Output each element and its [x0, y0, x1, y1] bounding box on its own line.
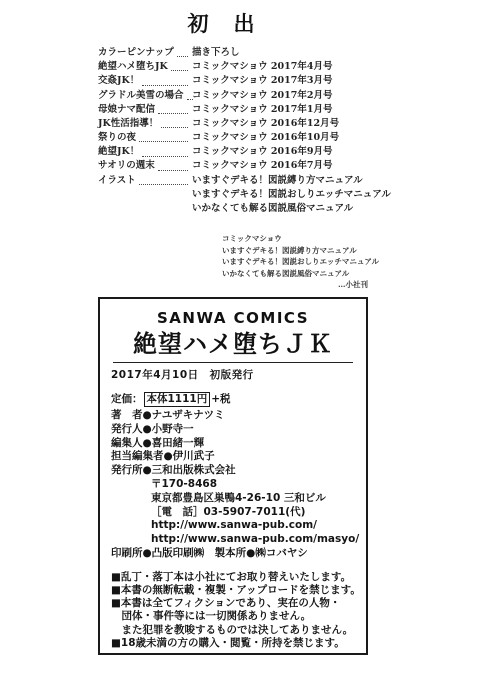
chapter-title: カラーピンナップ — [98, 46, 174, 60]
postal-code: 〒170-8468 — [111, 478, 355, 492]
publication-source: コミックマショウ 2016年10月号 — [192, 131, 339, 145]
credit-role: 編集人 — [111, 437, 143, 449]
bullet-separator: ● — [143, 409, 152, 421]
chapter-title: グラドル美雪の場合 — [98, 89, 184, 103]
chapter-title: 交姦JK！ — [98, 74, 139, 88]
dot-leader — [139, 184, 188, 185]
chapter-title: イラスト — [98, 174, 136, 188]
dot-leader — [158, 170, 188, 171]
publication-source: コミックマショウ 2017年4月号 — [192, 60, 332, 74]
chapter-title: JK性活指導！ — [98, 117, 158, 131]
credit-name: ナユザキナツミ — [152, 409, 225, 421]
colophon-box: SANWA COMICS 絶望ハメ堕ちＪＫ 2017年4月10日 初版発行 定価… — [98, 297, 368, 655]
publisher-suffix: …小社刊 — [222, 279, 368, 291]
bullet-separator: ● — [143, 423, 152, 435]
credit-role: 著 者 — [111, 409, 143, 421]
price-suffix: +税 — [211, 392, 230, 407]
source-note-line: いますぐデキる！図説おしりエッチマニュアル — [222, 256, 368, 268]
notice-line: ■本書は全てフィクションであり、実在の人物・ — [111, 597, 355, 610]
credit-row-publisher-person: 発行人●小野寺一 — [111, 423, 355, 437]
notice-line: ■乱丁・落丁本は小社にてお取り替えいたします。 — [111, 571, 355, 584]
first-publication-heading: 初 出 — [0, 8, 444, 38]
chapter-title: 祭りの夜 — [98, 131, 136, 145]
publication-source: コミックマショウ 2017年3月号 — [192, 74, 332, 88]
dot-leader — [171, 70, 188, 71]
book-title: 絶望ハメ堕ちＪＫ — [111, 329, 355, 359]
colophon-page: 初 出 カラーピンナップ 描き下ろし 絶望ハメ堕ちJK コミックマショウ 201… — [0, 0, 480, 685]
publication-source: コミックマショウ 2016年12月号 — [192, 117, 339, 131]
publication-source: いかなくても解る図説風俗マニュアル — [192, 202, 353, 216]
first-publication-list: カラーピンナップ 描き下ろし 絶望ハメ堕ちJK コミックマショウ 2017年4月… — [98, 46, 398, 216]
list-item: 母娘ナマ配信 コミックマショウ 2017年1月号 — [98, 103, 398, 117]
list-item-continuation: いかなくても解る図説風俗マニュアル — [98, 202, 398, 216]
chapter-title: 絶望ハメ堕ちJK — [98, 60, 168, 74]
source-note: コミックマショウ いますぐデキる！図説縛り方マニュアル いますぐデキる！図説おし… — [222, 233, 368, 291]
publication-source: コミックマショウ 2016年7月号 — [192, 159, 332, 173]
publication-source: いますぐデキる！図説おしりエッチマニュアル — [192, 188, 391, 202]
imprint-brand: SANWA COMICS — [111, 309, 355, 327]
list-item: JK性活指導！ コミックマショウ 2016年12月号 — [98, 117, 398, 131]
chapter-title: サオリの週末 — [98, 159, 155, 173]
credit-row-editor: 編集人●喜田緒一輝 — [111, 437, 355, 451]
list-item: 交姦JK！ コミックマショウ 2017年3月号 — [98, 74, 398, 88]
credit-name: 喜田緒一輝 — [152, 437, 205, 449]
credit-role: 発行所 — [111, 464, 143, 476]
publication-source: いますぐデキる！図説縛り方マニュアル — [192, 174, 363, 188]
bullet-separator: ● — [143, 437, 152, 449]
chapter-title: 母娘ナマ配信 — [98, 103, 155, 117]
list-item-continuation: いますぐデキる！図説おしりエッチマニュアル — [98, 188, 398, 202]
phone-number: ［電 話］03-5907-7011(代) — [111, 506, 355, 520]
bullet-separator: ● — [143, 464, 152, 476]
title-divider — [113, 362, 353, 363]
printing-binding-line: 印刷所●凸版印刷㈱ 製本所●㈱コバヤシ — [111, 547, 355, 561]
credit-row-managing-editor: 担当編集者●伊川武子 — [111, 450, 355, 464]
list-item: サオリの週末 コミックマショウ 2016年7月号 — [98, 160, 398, 174]
source-note-line: いかなくても解る図説風俗マニュアル — [222, 268, 368, 280]
dot-leader — [139, 141, 188, 142]
credit-row-publishing-house: 発行所●三和出版株式会社 — [111, 464, 355, 478]
list-item: イラスト いますぐデキる！図説縛り方マニュアル — [98, 174, 398, 188]
price-label: 定価： — [111, 392, 143, 407]
credit-name: 三和出版株式会社 — [152, 464, 236, 476]
publication-source: コミックマショウ 2016年9月号 — [192, 145, 332, 159]
notice-line: ■本書の無断転載・複製・アップロードを禁じます。 — [111, 584, 355, 597]
edition-date: 2017年4月10日 初版発行 — [111, 368, 355, 383]
price-line: 定価： 本体1111円 +税 — [111, 392, 355, 407]
notice-line: ■18歳未満の方の購入・閲覧・所持を禁じます。 — [111, 637, 355, 650]
dot-leader — [161, 127, 188, 128]
credit-role: 発行人 — [111, 423, 143, 435]
dot-leader — [158, 113, 188, 114]
publication-source: コミックマショウ 2017年1月号 — [192, 103, 332, 117]
price-boxed-value: 本体1111円 — [144, 392, 211, 407]
dot-leader — [142, 156, 188, 157]
publication-source: コミックマショウ 2017年2月号 — [192, 89, 332, 103]
notice-line-continuation: 団体・事件等には一切関係ありません。 — [111, 610, 355, 623]
credit-name: 伊川武子 — [173, 450, 215, 462]
credit-name: 小野寺一 — [152, 423, 194, 435]
source-note-line: いますぐデキる！図説縛り方マニュアル — [222, 245, 368, 257]
list-item: 祭りの夜 コミックマショウ 2016年10月号 — [98, 131, 398, 145]
dot-leader — [177, 56, 188, 57]
publisher-url: http://www.sanwa-pub.com/ — [111, 519, 355, 533]
magazine-url: http://www.sanwa-pub.com/masyo/ — [111, 533, 355, 547]
list-item: グラドル美雪の場合 コミックマショウ 2017年2月号 — [98, 89, 398, 103]
dot-leader — [142, 85, 188, 86]
list-item: 絶望JK！ コミックマショウ 2016年9月号 — [98, 145, 398, 159]
notice-line-continuation: また犯罪を教唆するものでは決してありません。 — [111, 624, 355, 637]
credit-role: 担当編集者 — [111, 450, 164, 462]
publication-source: 描き下ろし — [192, 46, 240, 60]
source-note-line: コミックマショウ — [222, 233, 368, 245]
credit-row-author: 著 者●ナユザキナツミ — [111, 409, 355, 423]
bullet-separator: ● — [164, 450, 173, 462]
chapter-title: 絶望JK！ — [98, 145, 139, 159]
list-item: 絶望ハメ堕ちJK コミックマショウ 2017年4月号 — [98, 60, 398, 74]
street-address: 東京都豊島区巣鴨4-26-10 三和ビル — [111, 492, 355, 506]
list-item: カラーピンナップ 描き下ろし — [98, 46, 398, 60]
legal-notices: ■乱丁・落丁本は小社にてお取り替えいたします。 ■本書の無断転載・複製・アップロ… — [111, 571, 355, 650]
